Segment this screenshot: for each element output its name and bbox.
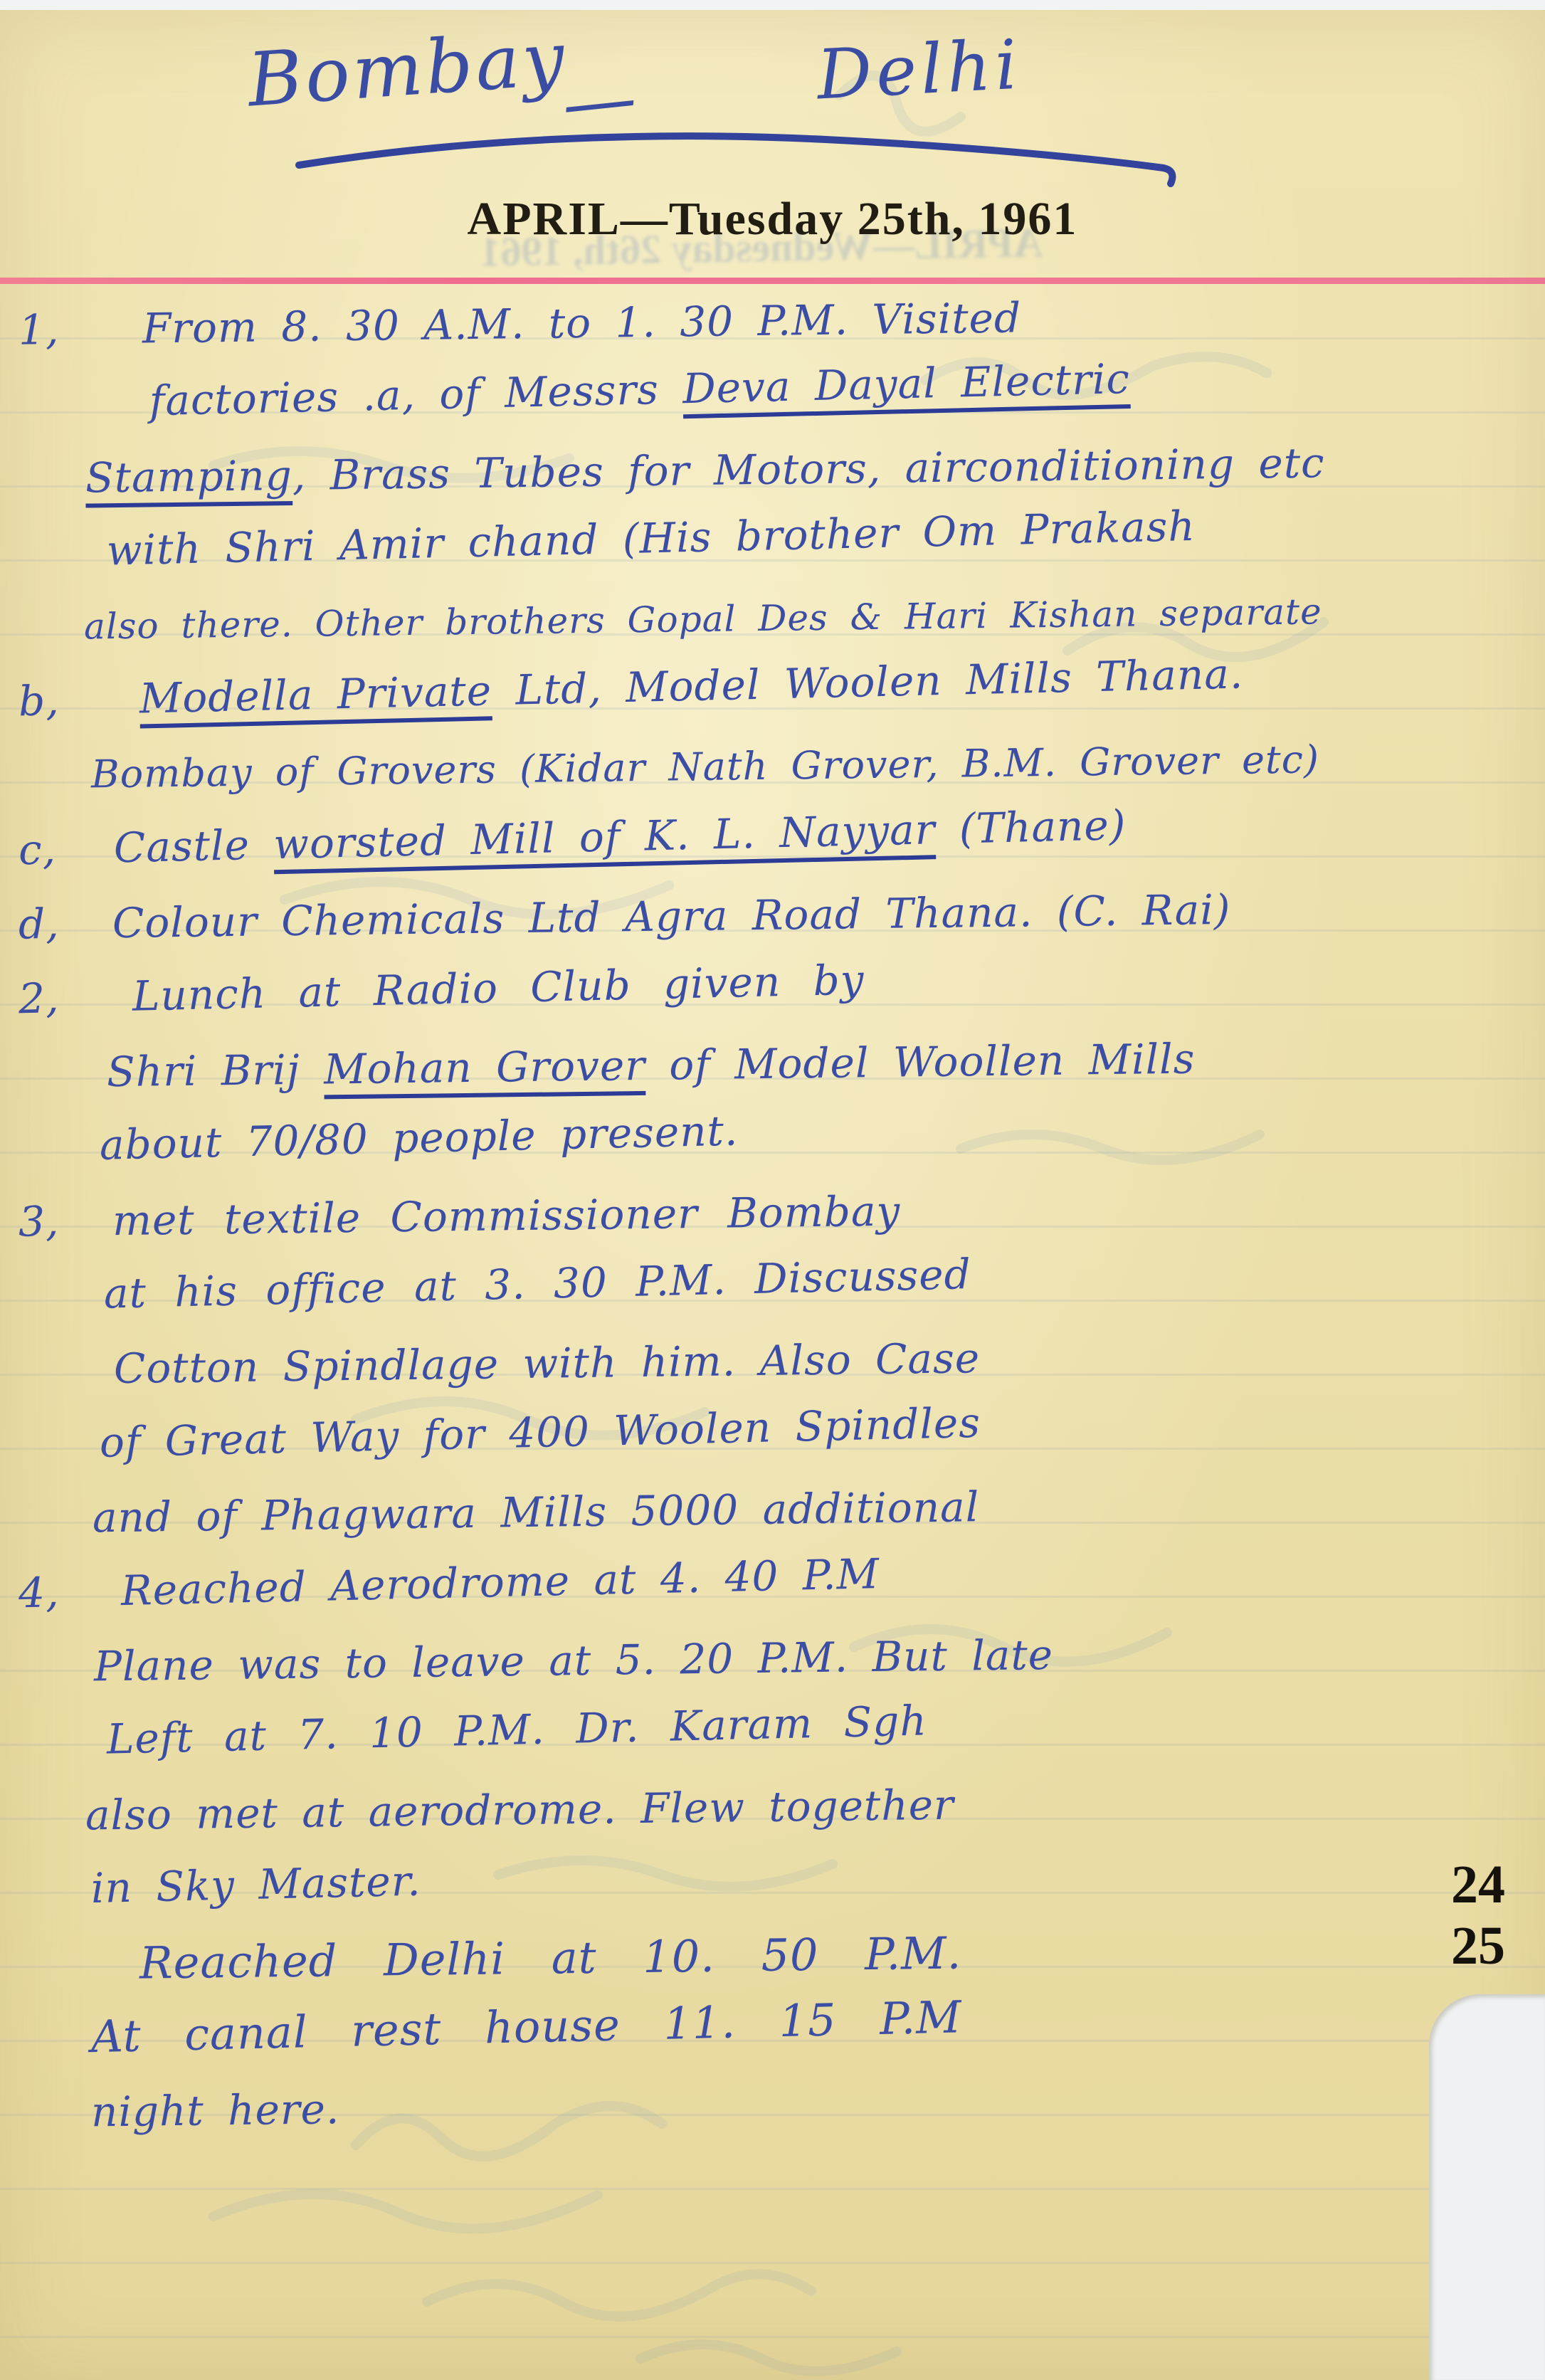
underlined-text: worsted Mill of K. L. Nayyar [273, 805, 936, 868]
handwriting-text: From 8. 30 A.M. to 1. 30 P.M. Visited [142, 293, 1022, 352]
handwriting-text: Cotton Spindlage with him. Also Case [114, 1334, 981, 1394]
route-origin-handwriting: Bombay [245, 14, 569, 123]
diary-page-scan: Bombay — Delhi APRIL—Wednesday 26th, 196… [0, 0, 1545, 2380]
handwriting-text: night here. [91, 2085, 340, 2137]
handwriting-text: Ltd, Model Woolen Mills Thana. [491, 649, 1244, 715]
page-number-24: 24 [1451, 1858, 1505, 1912]
handwriting-text: Castle [113, 820, 274, 872]
item-number: 4, [18, 1555, 60, 1631]
handwriting-text: of Great Way for 400 Woolen Spindles [99, 1399, 981, 1467]
handwriting-text: Shri Brij [107, 1045, 325, 1096]
handwriting-text: met textile Commissioner Bombay [112, 1186, 901, 1245]
handwriting-text: with Shri Amir chand (His brother Om Pra… [106, 502, 1196, 575]
route-destination-handwriting: Delhi [815, 25, 1023, 115]
scan-edge [0, 0, 1545, 10]
thumb-index-notch [1429, 1994, 1545, 2380]
item-number: b, [18, 663, 60, 739]
underlined-text: Modella Private [139, 666, 492, 722]
handwriting-text: and of Phagwara Mills 5000 additional [93, 1483, 980, 1542]
handwriting-text: in Sky Master. [90, 1857, 421, 1913]
item-number: d, [18, 887, 60, 962]
handwriting-text: of Model Woollen Mills [645, 1034, 1195, 1089]
handwriting-text: at his office at 3. 30 P.M. Discussed [103, 1250, 971, 1318]
handwriting-text: Lunch at Radio Club given by [132, 955, 865, 1020]
handwriting-text: Reached Delhi at 10. 50 P.M. [139, 1927, 962, 1989]
handwriting-text: (Thane) [935, 801, 1127, 853]
handwriting-text: Plane was to leave at 5. 20 P.M. But lat… [94, 1631, 1054, 1690]
item-number: 2, [18, 961, 60, 1036]
handwriting-text: Left at 7. 10 P.M. Dr. Karam Sgh [106, 1697, 927, 1764]
diary-page: Bombay — Delhi APRIL—Wednesday 26th, 196… [0, 10, 1545, 2380]
item-number: 3, [18, 1184, 60, 1259]
item-number: c, [18, 812, 57, 888]
underlined-text: Mohan Grover [324, 1041, 646, 1094]
diary-line: night here. [0, 2058, 1545, 2151]
handwriting-text: about 70/80 people present. [99, 1107, 739, 1169]
handwriting-text: At canal rest house 11. 15 P.M [90, 1991, 962, 2063]
diary-entry: 1,From 8. 30 A.M. to 1. 30 P.M. Visitedf… [0, 293, 1545, 2151]
printed-date: APRIL—Tuesday 25th, 1961 [0, 192, 1545, 246]
handwriting-text: Reached Aerodrome at 4. 40 P.M [120, 1549, 880, 1615]
item-number: 1, [18, 293, 60, 367]
underlined-text: Deva Dayal Electric [682, 354, 1130, 413]
handwriting-text: also met at aerodrome. Flew together [85, 1780, 954, 1839]
underlined-text: Stamping [85, 451, 293, 502]
handwriting-text: factories .a, of Messrs [149, 365, 683, 426]
route-dash-handwriting: — [558, 53, 640, 147]
page-number-25: 25 [1451, 1919, 1505, 1973]
